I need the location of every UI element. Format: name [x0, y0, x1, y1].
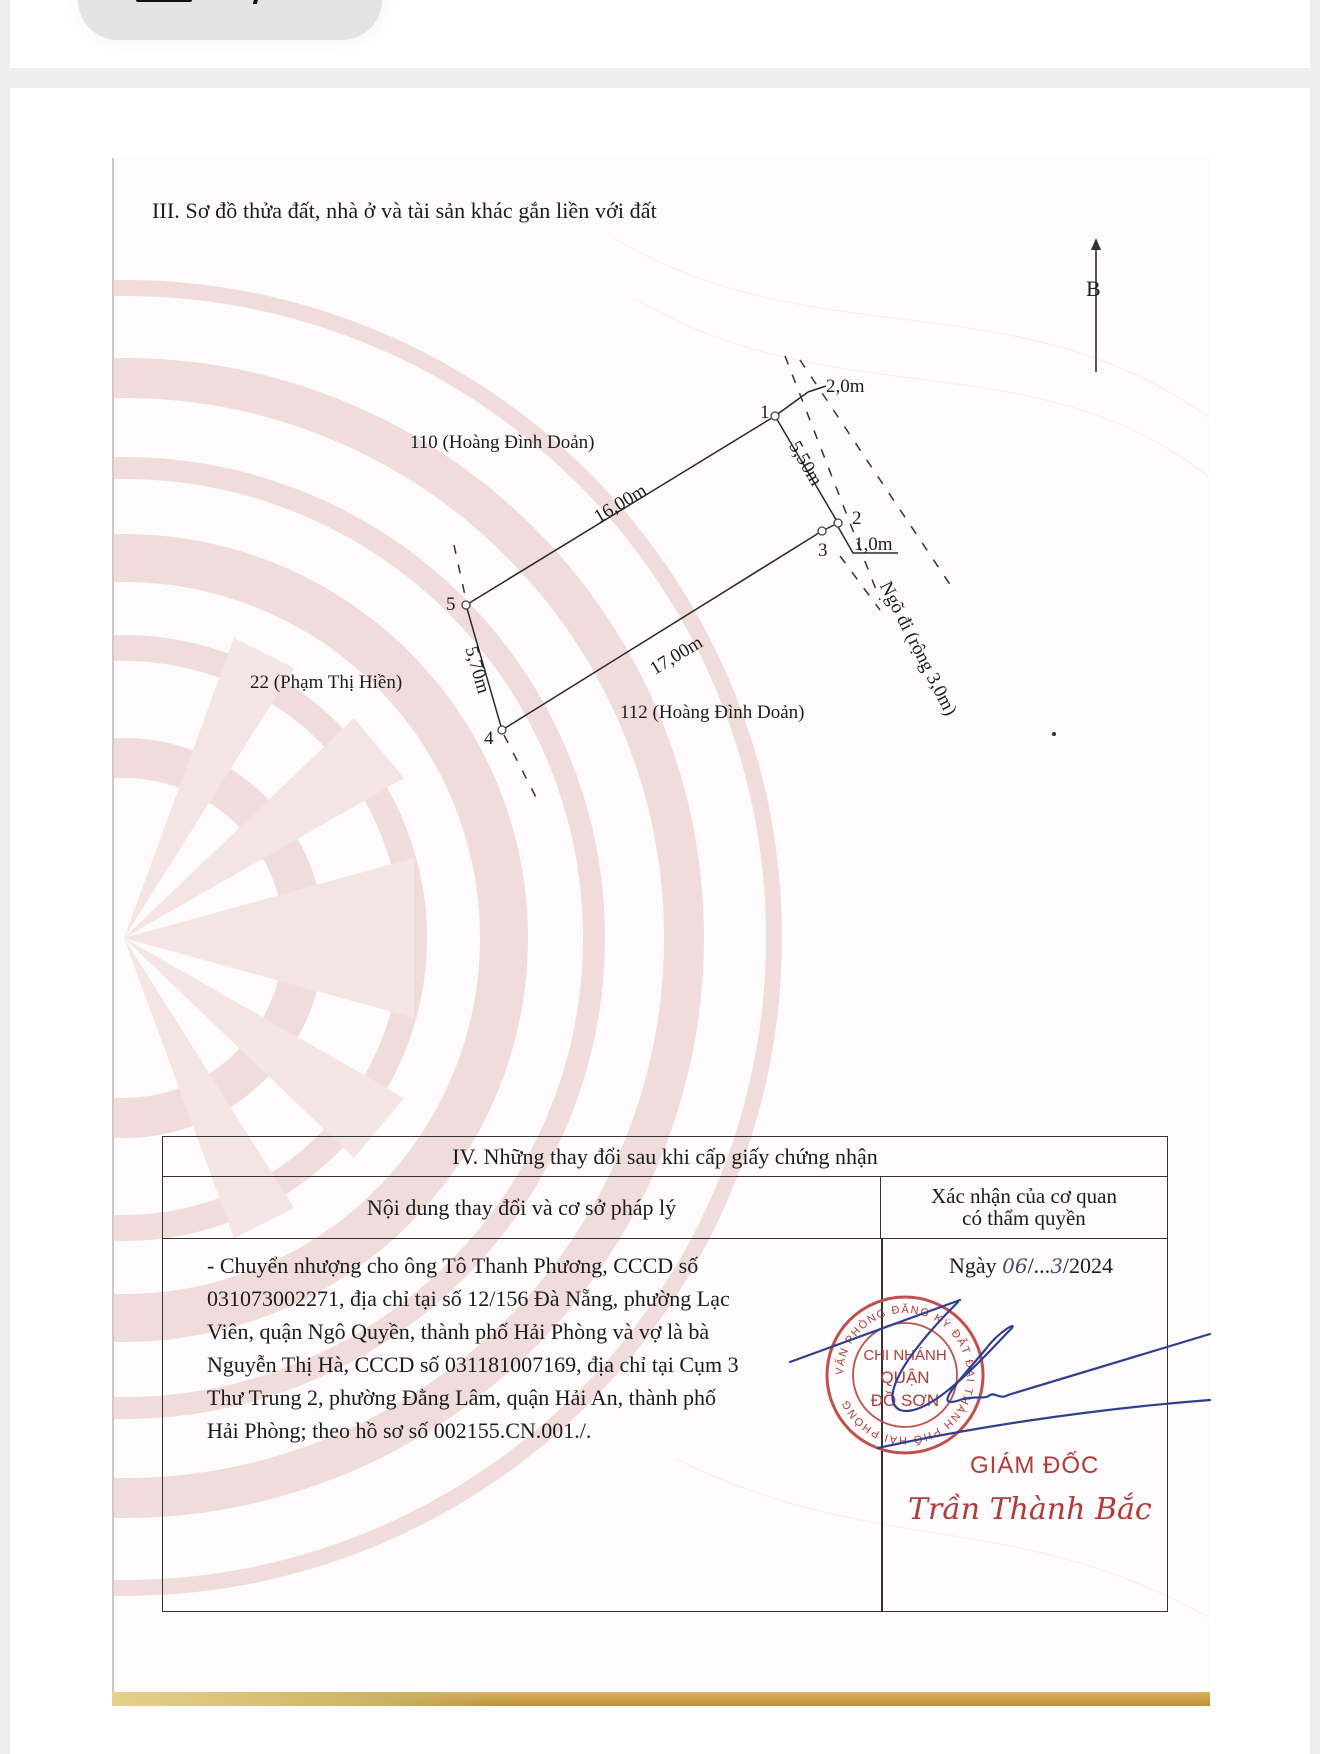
section-4-title: IV. Những thay đổi sau khi cấp giấy chứn…	[163, 1137, 1167, 1177]
entry-line: Nguyễn Thị Hà, CCCD số 031181007169, địa…	[207, 1348, 887, 1381]
neighbor-north-label: 110 (Hoàng Đình Doản)	[410, 432, 595, 454]
point-4-label: 4	[484, 728, 494, 750]
signer-name: Trần Thành Bắc	[908, 1492, 1152, 1527]
signer-title: GIÁM ĐỐC	[970, 1452, 1099, 1480]
point-1-label: 1	[760, 402, 770, 424]
point-5-label: 5	[446, 594, 456, 616]
column-header-confirmation-line1: Xác nhận của cơ quan	[881, 1185, 1167, 1207]
column-header-content: Nội dung thay đổi và cơ sở pháp lý	[163, 1177, 881, 1239]
entry-line: Thư Trung 2, phường Đằng Lâm, quận Hải A…	[207, 1381, 887, 1414]
offset-2m-label: 2,0m	[826, 376, 865, 398]
date-day: 06	[1002, 1254, 1027, 1278]
neighbor-south-label: 112 (Hoàng Đình Doản)	[620, 702, 805, 724]
entry-line: Hải Phòng; theo hồ sơ số 002155.CN.001./…	[207, 1414, 887, 1447]
point-2-label: 2	[852, 508, 862, 530]
date-month: 3	[1050, 1254, 1063, 1278]
date-prefix: Ngày	[949, 1253, 1002, 1278]
point-3-label: 3	[818, 540, 828, 562]
change-entry: - Chuyển nhượng cho ông Tô Thanh Phương,…	[207, 1249, 887, 1447]
stamp-line3: ĐỒ SƠN	[871, 1391, 939, 1410]
neighbor-west-label: 22 (Phạm Thị Hiền)	[250, 672, 402, 694]
column-header-confirmation: Xác nhận của cơ quan có thẩm quyền	[881, 1177, 1167, 1239]
column-header-confirmation-line2: có thẩm quyền	[881, 1207, 1167, 1229]
entry-line: - Chuyển nhượng cho ông Tô Thanh Phương,…	[207, 1249, 887, 1282]
changes-table: IV. Những thay đổi sau khi cấp giấy chứn…	[162, 1136, 1168, 1612]
confirmation-date: Ngày 06/...3/2024	[911, 1253, 1151, 1279]
road-dashed-lines	[454, 356, 955, 805]
edge-2-3-label: 1,0m	[854, 534, 893, 556]
entry-line: Viên, quận Ngô Quyền, thành phố Hải Phòn…	[207, 1315, 887, 1348]
north-arrow-icon	[1091, 238, 1101, 372]
entry-line: 031073002271, địa chỉ tại số 12/156 Đà N…	[207, 1282, 887, 1315]
north-label: B	[1086, 276, 1101, 302]
official-stamp: VĂN PHÒNG ĐĂNG KÝ ĐẤT ĐAI THÀNH PHỐ HẢI …	[820, 1290, 990, 1460]
stamp-line2: QUẬN	[880, 1368, 929, 1387]
stamp-line1: CHI NHÁNH	[863, 1347, 946, 1364]
date-year: /2024	[1063, 1253, 1113, 1278]
